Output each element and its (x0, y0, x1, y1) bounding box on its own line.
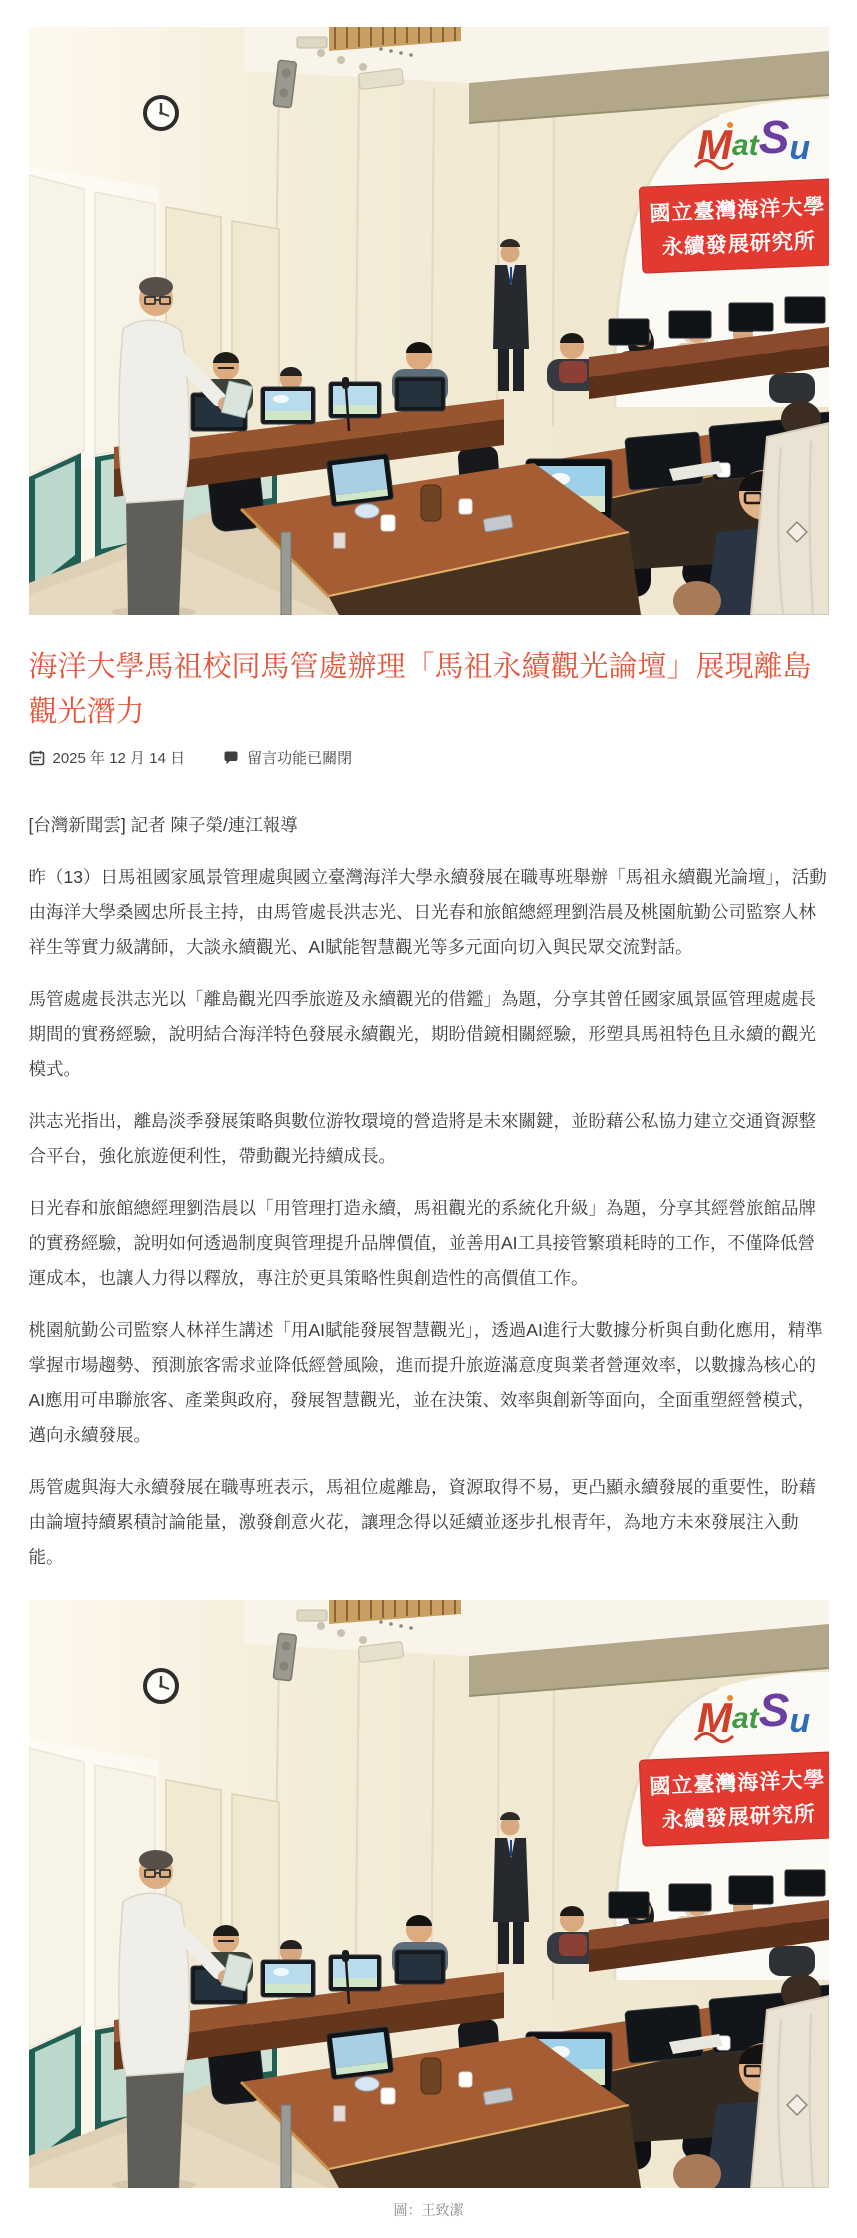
photo-caption: 圖：王致潔 (29, 2200, 829, 2220)
logo-dot (727, 1695, 733, 1701)
post-meta: 2025 年 12 月 14 日 留言功能已關閉 (29, 747, 829, 768)
classroom-photo: MatSu 國立臺灣海洋大學 永續發展研究所 (29, 1600, 829, 2188)
page-title: 海洋大學馬祖校同馬管處辦理「馬祖永續觀光論壇」展現離島觀光潛力 (29, 645, 829, 735)
comments-status-group: 留言功能已關閉 (223, 747, 352, 768)
article-photo-top: MatSu 國立臺灣海洋大學 永續發展研究所 (29, 27, 829, 615)
wall-clock (145, 1670, 177, 1702)
wall-clock (145, 97, 177, 129)
logo-dot (727, 122, 733, 128)
article-paragraph: 昨（13）日馬祖國家風景管理處與國立臺灣海洋大學永續發展在職專班舉辦「馬祖永續觀… (29, 860, 829, 965)
article: MatSu 國立臺灣海洋大學 永續發展研究所 (29, 0, 829, 2238)
article-paragraph: 桃園航勤公司監察人林祥生講述「用AI賦能發展智慧觀光」，透過AI進行大數據分析與… (29, 1313, 829, 1453)
article-photo-bottom: MatSu 國立臺灣海洋大學 永續發展研究所 (29, 1600, 829, 2188)
article-paragraph: 日光春和旅館總經理劉浩晨以「用管理打造永續，馬祖觀光的系統化升級」為題，分享其經… (29, 1191, 829, 1296)
calendar-icon (29, 750, 45, 766)
university-banner: 國立臺灣海洋大學 永續發展研究所 (639, 1752, 829, 1846)
article-paragraph: 馬管處與海大永續發展在職專班表示，馬祖位處離島，資源取得不易，更凸顯永續發展的重… (29, 1470, 829, 1575)
byline: [台灣新聞雲] 記者 陳子榮/連江報導 (29, 808, 829, 843)
comment-icon (223, 750, 239, 766)
article-paragraph: 洪志光指出，離島淡季發展策略與數位游牧環境的營造將是未來關鍵，並盼藉公私協力建立… (29, 1104, 829, 1174)
post-date: 2025 年 12 月 14 日 (53, 747, 186, 768)
university-banner: 國立臺灣海洋大學 永續發展研究所 (639, 179, 829, 273)
comments-status: 留言功能已關閉 (247, 747, 352, 768)
post-date-group: 2025 年 12 月 14 日 (29, 747, 186, 768)
classroom-photo: MatSu 國立臺灣海洋大學 永續發展研究所 (29, 27, 829, 615)
article-paragraph: 馬管處處長洪志光以「離島觀光四季旅遊及永續觀光的借鑑」為題，分享其曾任國家風景區… (29, 982, 829, 1087)
